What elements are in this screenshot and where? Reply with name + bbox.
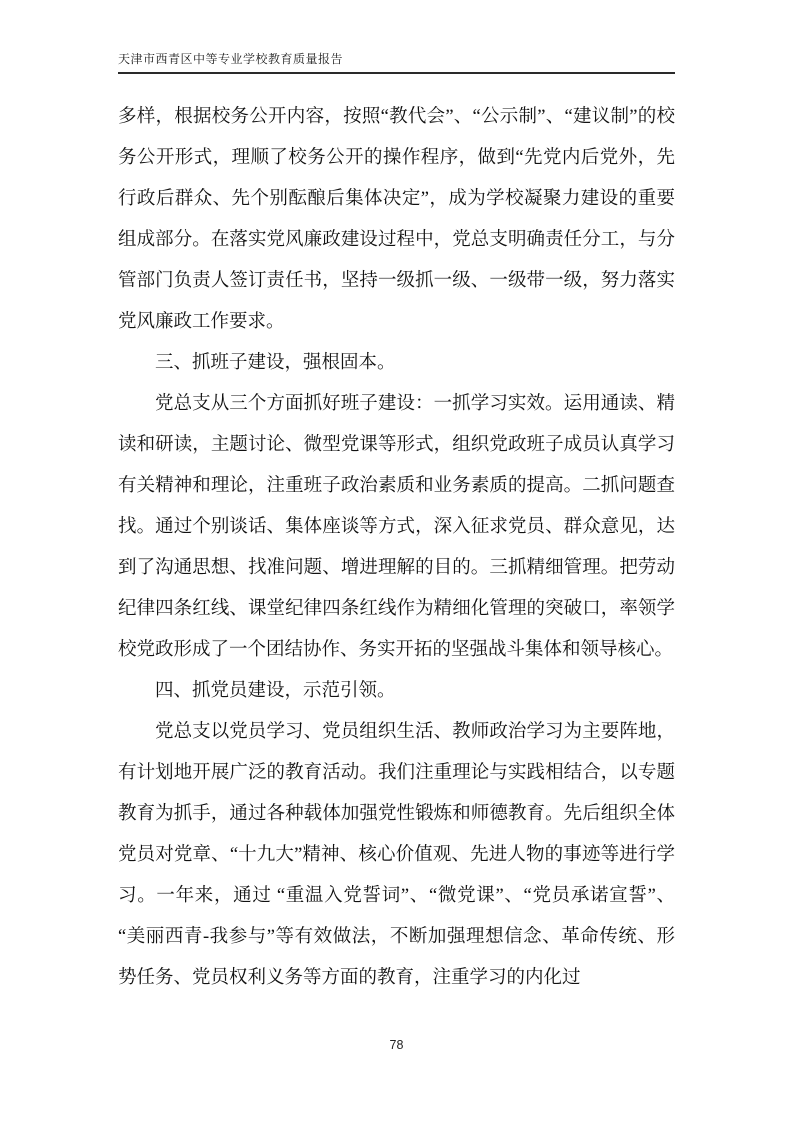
document-page: 天津市西青区中等专业学校教育质量报告 多样，根据校务公开内容，按照“教代会”、“…	[0, 0, 793, 1122]
running-header: 天津市西青区中等专业学校教育质量报告	[118, 50, 675, 74]
paragraph: 多样，根据校务公开内容，按照“教代会”、“公示制”、“建议制”的校务公开形式，理…	[118, 97, 675, 343]
paragraph: 党总支从三个方面抓好班子建设：一抓学习实效。运用通读、精读和研读，主题讨论、微型…	[118, 384, 675, 671]
page-number: 78	[390, 1038, 404, 1052]
paragraph: 三、抓班子建设，强根固本。	[118, 343, 675, 384]
paragraph: 党总支以党员学习、党员组织生活、教师政治学习为主要阵地，有计划地开展广泛的教育活…	[118, 712, 675, 999]
document-body: 多样，根据校务公开内容，按照“教代会”、“公示制”、“建议制”的校务公开形式，理…	[118, 97, 675, 999]
page-footer: 78	[0, 1038, 793, 1052]
paragraph: 四、抓党员建设，示范引领。	[118, 671, 675, 712]
report-title: 天津市西青区中等专业学校教育质量报告	[118, 52, 343, 66]
